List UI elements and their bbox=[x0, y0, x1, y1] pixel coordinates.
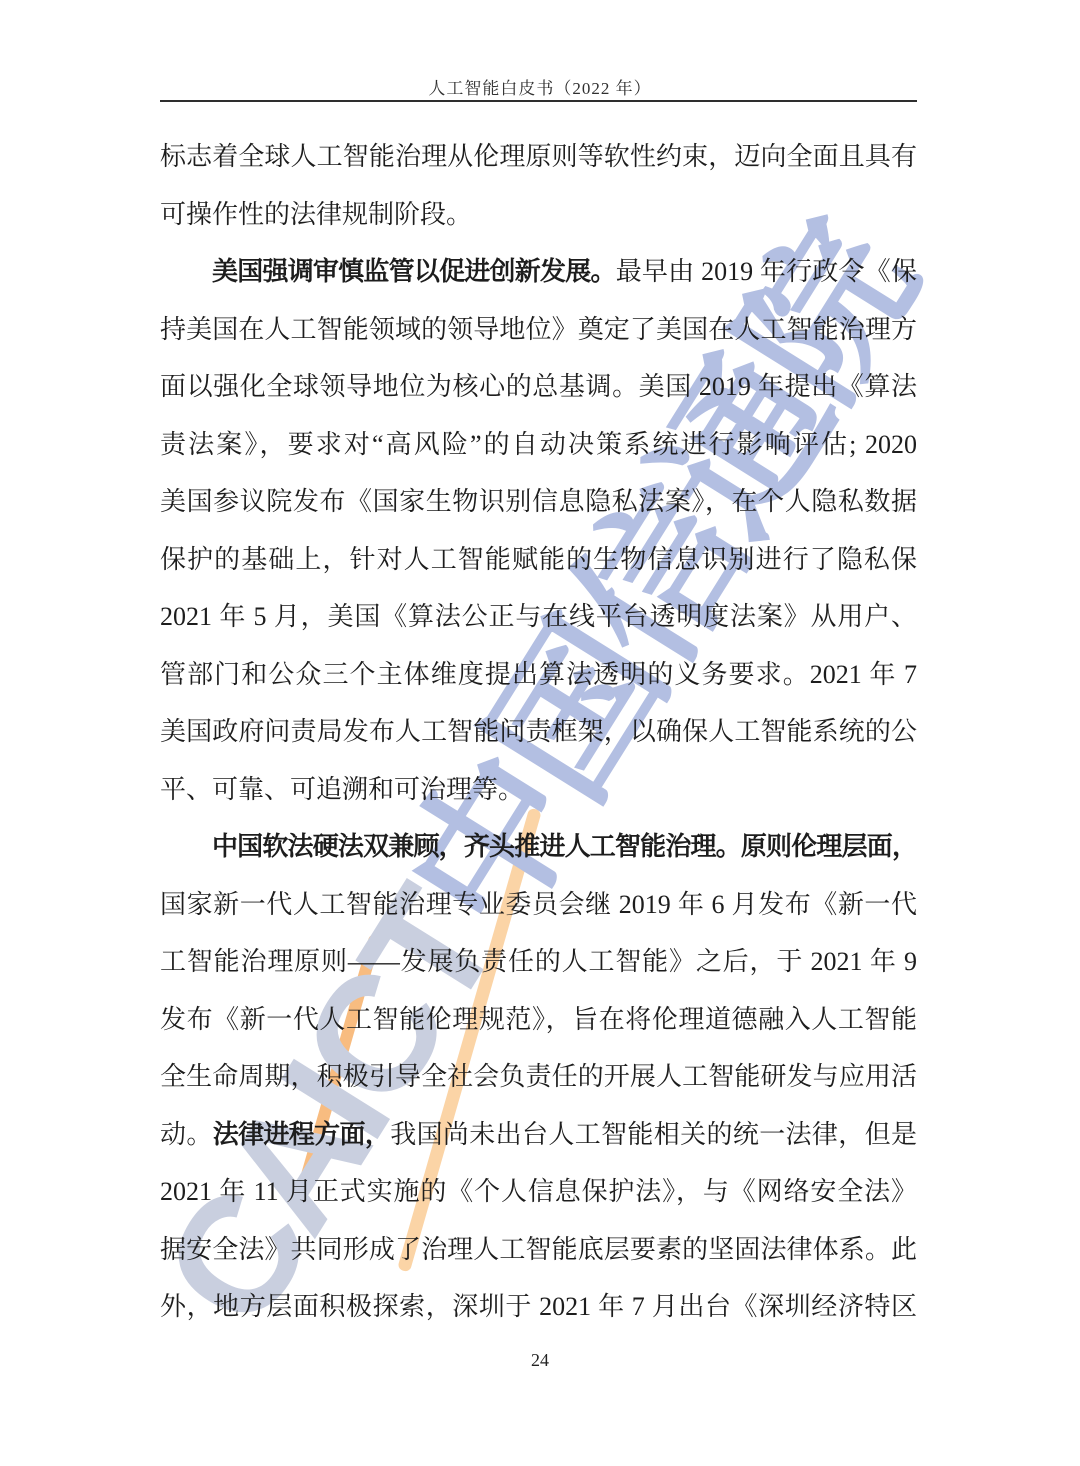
text-line: 管部门和公众三个主体维度提出算法透明的义务要求。2021 年 7 月， bbox=[160, 646, 917, 704]
page-header-title: 人工智能白皮书（2022 年） bbox=[0, 74, 1080, 99]
body-lines: 标志着全球人工智能治理从伦理原则等软性约束，迈向全面且具有可操作性的法律规制阶段… bbox=[160, 128, 917, 1336]
text-line: 责法案》，要求对“高风险”的自动决策系统进行影响评估; 2020 年， bbox=[160, 416, 917, 474]
text-segment: 工智能治理原则——发展负责任的人工智能》之后，于 2021 年 9 月 bbox=[160, 947, 917, 991]
text-segment: 美国参议院发布《国家生物识别信息隐私法案》，在个人隐私数据 bbox=[160, 487, 917, 516]
text-line: 面以强化全球领导地位为核心的总基调。美国 2019 年提出《算法问 bbox=[160, 358, 917, 416]
text-segment: 美国政府问责局发布人工智能问责框架，以确保人工智能系统的公 bbox=[160, 717, 917, 746]
text-segment: 持美国在人工智能领域的领导地位》奠定了美国在人工智能治理方 bbox=[160, 315, 917, 344]
text-line: 据安全法》共同形成了治理人工智能底层要素的坚固法律体系。此 bbox=[160, 1221, 917, 1279]
bold-text-segment: 中国软法硬法双兼顾，齐头推进人工智能治理。原则伦理层面， bbox=[212, 831, 917, 861]
bold-text-segment: 法律进程方面， bbox=[213, 1119, 391, 1149]
header-rule bbox=[160, 100, 917, 102]
text-segment: 国家新一代人工智能治理专业委员会继 2019 年 6 月发布《新一代人 bbox=[160, 890, 917, 934]
text-segment: 动。 bbox=[160, 1120, 213, 1149]
text-line: 可操作性的法律规制阶段。 bbox=[160, 186, 917, 244]
text-segment: 发布《新一代人工智能伦理规范》，旨在将伦理道德融入人工智能 bbox=[160, 1005, 917, 1034]
text-segment: 标志着全球人工智能治理从伦理原则等软性约束，迈向全面且具有 bbox=[160, 142, 917, 171]
bold-text-segment: 美国强调审慎监管以促进创新发展。 bbox=[212, 256, 616, 286]
text-segment: 最早由 2019 年行政令《保 bbox=[616, 257, 917, 286]
text-line: 中国软法硬法双兼顾，齐头推进人工智能治理。原则伦理层面， bbox=[160, 818, 917, 876]
text-line: 2021 年 11 月正式实施的《个人信息保护法》，与《网络安全法》《数 bbox=[160, 1163, 917, 1221]
text-line: 美国政府问责局发布人工智能问责框架，以确保人工智能系统的公 bbox=[160, 703, 917, 761]
text-line: 美国参议院发布《国家生物识别信息隐私法案》，在个人隐私数据 bbox=[160, 473, 917, 531]
text-line: 美国强调审慎监管以促进创新发展。最早由 2019 年行政令《保 bbox=[160, 243, 917, 301]
text-line: 发布《新一代人工智能伦理规范》，旨在将伦理道德融入人工智能 bbox=[160, 991, 917, 1049]
text-segment: 据安全法》共同形成了治理人工智能底层要素的坚固法律体系。此 bbox=[160, 1235, 917, 1264]
text-segment: 全生命周期，积极引导全社会负责任的开展人工智能研发与应用活 bbox=[160, 1062, 917, 1091]
text-line: 平、可靠、可追溯和可治理等。 bbox=[160, 761, 917, 819]
text-segment: 外，地方层面积极探索，深圳于 2021 年 7 月出台《深圳经济特区人 bbox=[160, 1292, 917, 1336]
text-line: 动。法律进程方面，我国尚未出台人工智能相关的统一法律，但是 bbox=[160, 1106, 917, 1164]
text-line: 国家新一代人工智能治理专业委员会继 2019 年 6 月发布《新一代人 bbox=[160, 876, 917, 934]
text-segment: 2021 年 11 月正式实施的《个人信息保护法》，与《网络安全法》《数 bbox=[160, 1177, 917, 1221]
text-segment: 管部门和公众三个主体维度提出算法透明的义务要求。2021 年 7 月， bbox=[160, 660, 917, 704]
text-line: 保护的基础上，针对人工智能赋能的生物信息识别进行了隐私保护; bbox=[160, 531, 917, 589]
text-line: 持美国在人工智能领域的领导地位》奠定了美国在人工智能治理方 bbox=[160, 301, 917, 359]
text-segment: 可操作性的法律规制阶段。 bbox=[160, 200, 472, 229]
document-page: CAICT中国信通院 人工智能白皮书（2022 年） 标志着全球人工智能治理从伦… bbox=[0, 0, 1080, 1466]
page-number: 24 bbox=[0, 1350, 1080, 1371]
text-segment: 保护的基础上，针对人工智能赋能的生物信息识别进行了隐私保护; bbox=[160, 545, 917, 589]
text-line: 工智能治理原则——发展负责任的人工智能》之后，于 2021 年 9 月 bbox=[160, 933, 917, 991]
text-segment: 平、可靠、可追溯和可治理等。 bbox=[160, 775, 524, 804]
text-line: 标志着全球人工智能治理从伦理原则等软性约束，迈向全面且具有 bbox=[160, 128, 917, 186]
text-segment: 2021 年 5 月，美国《算法公正与在线平台透明度法案》从用户、监 bbox=[160, 602, 917, 646]
text-line: 2021 年 5 月，美国《算法公正与在线平台透明度法案》从用户、监 bbox=[160, 588, 917, 646]
text-segment: 面以强化全球领导地位为核心的总基调。美国 2019 年提出《算法问 bbox=[160, 372, 917, 416]
text-segment: 责法案》，要求对“高风险”的自动决策系统进行影响评估; 2020 年， bbox=[160, 430, 917, 474]
text-line: 全生命周期，积极引导全社会负责任的开展人工智能研发与应用活 bbox=[160, 1048, 917, 1106]
text-segment: 我国尚未出台人工智能相关的统一法律，但是 bbox=[390, 1120, 917, 1149]
text-line: 外，地方层面积极探索，深圳于 2021 年 7 月出台《深圳经济特区人 bbox=[160, 1278, 917, 1336]
